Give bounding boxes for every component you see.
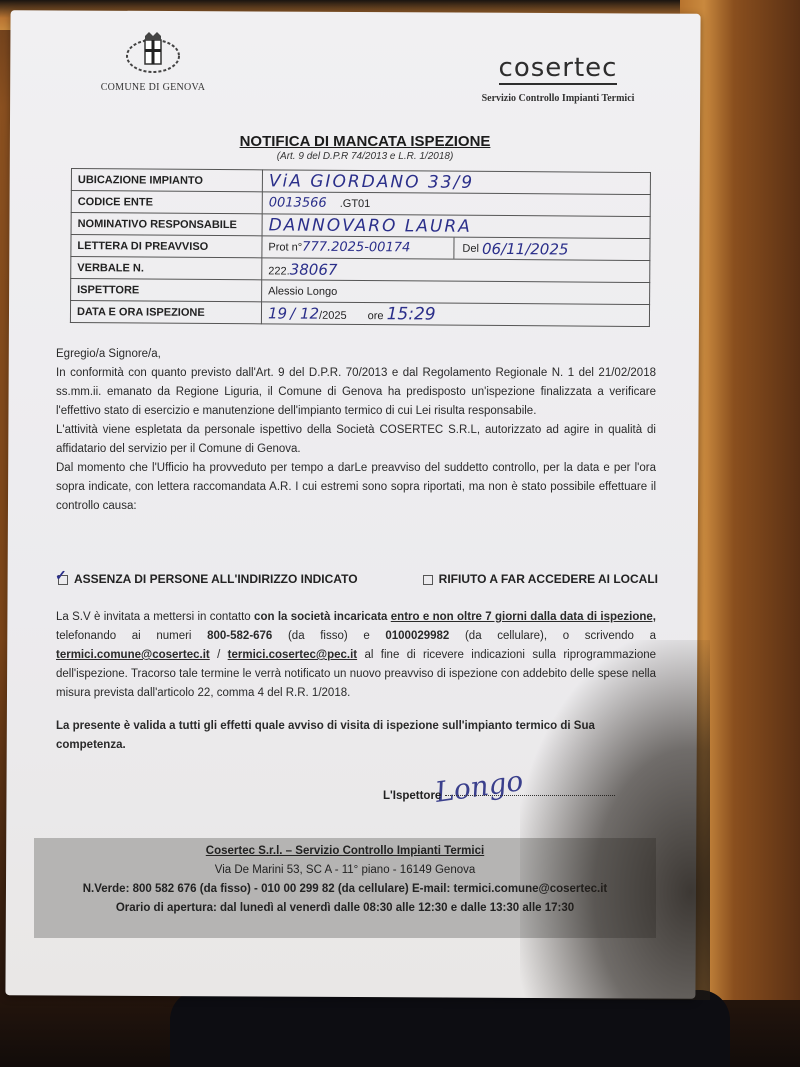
inspection-info-table: UBICAZIONE IMPIANTO ViA GIORDANO 33/9 CO…: [70, 168, 651, 327]
text: (da cellulare), o scrivendo a: [449, 630, 656, 642]
checkbox-checked-icon[interactable]: [58, 575, 68, 585]
codice-ente-suffix: .GT01: [340, 198, 371, 210]
inspection-day: 19: [268, 304, 287, 322]
cause-option-refusal[interactable]: RIFIUTO A FAR ACCEDERE AI LOCALI: [423, 572, 658, 586]
signature-line: L'Ispettore: [383, 790, 615, 802]
prot-number: 777.2025-00174: [302, 240, 410, 256]
cosertec-brand: cosertec: [499, 55, 618, 85]
document-title-block: NOTIFICA DI MANCATA ISPEZIONE (Art. 9 de…: [230, 133, 500, 162]
text: La S.V è invitata a mettersi in contatto: [56, 611, 254, 623]
comune-genova-logo: COMUNE DI GENOVA: [88, 28, 218, 93]
data-ora-value: 19 / 12/2025 ore 15:29: [261, 302, 649, 327]
email-link-pec[interactable]: termici.cosertec@pec.it: [228, 649, 357, 661]
footer-contacts: N.Verde: 800 582 676 (da fisso) - 010 00…: [34, 880, 656, 899]
checkbox-empty-icon[interactable]: [423, 575, 433, 585]
verbale-number: 38067: [290, 260, 338, 278]
inspection-time: 15:29: [387, 304, 436, 324]
ispettore-value: Alessio Longo: [262, 280, 650, 305]
text: (da fisso) e: [272, 630, 385, 642]
signature-dots: [445, 795, 615, 796]
ore-label: ore: [368, 310, 384, 322]
ubicazione-handwritten: ViA GIORDANO 33/9: [269, 171, 474, 192]
cause-options: ASSENZA DI PERSONE ALL'INDIRIZZO INDICAT…: [58, 572, 658, 586]
email-link-comune[interactable]: termici.comune@cosertec.it: [56, 649, 210, 661]
separator: /: [210, 649, 228, 661]
verbale-label: VERBALE N.: [71, 257, 262, 280]
prot-prefix: Prot n°: [268, 241, 302, 253]
greeting: Egregio/a Signore/a,: [56, 345, 656, 364]
nominativo-label: NOMINATIVO RESPONSABILE: [71, 213, 262, 236]
table-row: DATA E ORA ISPEZIONE 19 / 12/2025 ore 15…: [70, 301, 649, 327]
footer-address: Via De Marini 53, SC A - 11° piano - 161…: [34, 861, 656, 880]
footer-company: Cosertec S.r.l. – Servizio Controllo Imp…: [34, 842, 656, 861]
codice-ente-handwritten: 0013566: [269, 195, 327, 210]
cause-label: RIFIUTO A FAR ACCEDERE AI LOCALI: [439, 572, 658, 586]
data-ora-label: DATA E ORA ISPEZIONE: [70, 301, 261, 324]
cosertec-logo: cosertec Servizio Controllo Impianti Ter…: [468, 55, 648, 104]
comune-genova-label: COMUNE DI GENOVA: [88, 82, 218, 93]
paragraph-conformity: In conformità con quanto previsto dall'A…: [56, 364, 656, 421]
cause-option-absence[interactable]: ASSENZA DI PERSONE ALL'INDIRIZZO INDICAT…: [58, 572, 358, 586]
nominativo-handwritten: DANNOVARO LAURA: [269, 215, 472, 236]
text: telefonando ai numeri: [56, 630, 207, 642]
del-prefix: Del: [462, 242, 479, 254]
text-bold: con la società incaricata: [254, 611, 391, 623]
ubicazione-value: ViA GIORDANO 33/9: [262, 170, 650, 195]
legal-reference: (Art. 9 del D.P.R 74/2013 e L.R. 1/2018): [230, 151, 500, 162]
body-text: Egregio/a Signore/a, In conformità con q…: [56, 345, 656, 516]
paragraph-notice: Dal momento che l'Ufficio ha provveduto …: [56, 459, 656, 516]
codice-ente-label: CODICE ENTE: [71, 191, 262, 214]
validity-statement: La presente è valida a tutti gli effetti…: [56, 717, 656, 755]
genova-crest-icon: [123, 28, 183, 76]
footer-hours: Orario di apertura: dal lunedì al venerd…: [34, 899, 656, 918]
paragraph-activity: L'attività viene espletata da personale …: [56, 421, 656, 459]
lettera-value: Prot n° 777.2025-00174 Del 06/11/2025: [262, 236, 650, 261]
inspection-year: /2025: [319, 309, 347, 321]
phone-mobile: 0100029982: [385, 630, 449, 642]
inspection-month: 12: [300, 304, 319, 322]
footer-box: Cosertec S.r.l. – Servizio Controllo Imp…: [34, 838, 656, 938]
signature-label: L'Ispettore: [383, 790, 441, 802]
cause-label: ASSENZA DI PERSONE ALL'INDIRIZZO INDICAT…: [74, 572, 358, 586]
deadline-text: entro e non oltre 7 giorni dalla data di…: [391, 611, 656, 623]
lettera-date: 06/11/2025: [482, 239, 569, 258]
cosertec-subtitle: Servizio Controllo Impianti Termici: [468, 93, 648, 104]
dark-object-background: [170, 990, 730, 1067]
document-title: NOTIFICA DI MANCATA ISPEZIONE: [230, 133, 500, 150]
verbale-prefix: 222.: [268, 265, 290, 277]
verbale-value: 222.38067: [262, 258, 650, 283]
ispettore-label: ISPETTORE: [71, 279, 262, 302]
contact-paragraph: La S.V è invitata a mettersi in contatto…: [56, 608, 656, 703]
nominativo-value: DANNOVARO LAURA: [262, 214, 650, 239]
lettera-label: LETTERA DI PREAVVISO: [71, 235, 262, 258]
ubicazione-label: UBICAZIONE IMPIANTO: [71, 169, 262, 192]
phone-fixed: 800-582-676: [207, 630, 272, 642]
codice-ente-value: 0013566 .GT01: [262, 192, 650, 217]
